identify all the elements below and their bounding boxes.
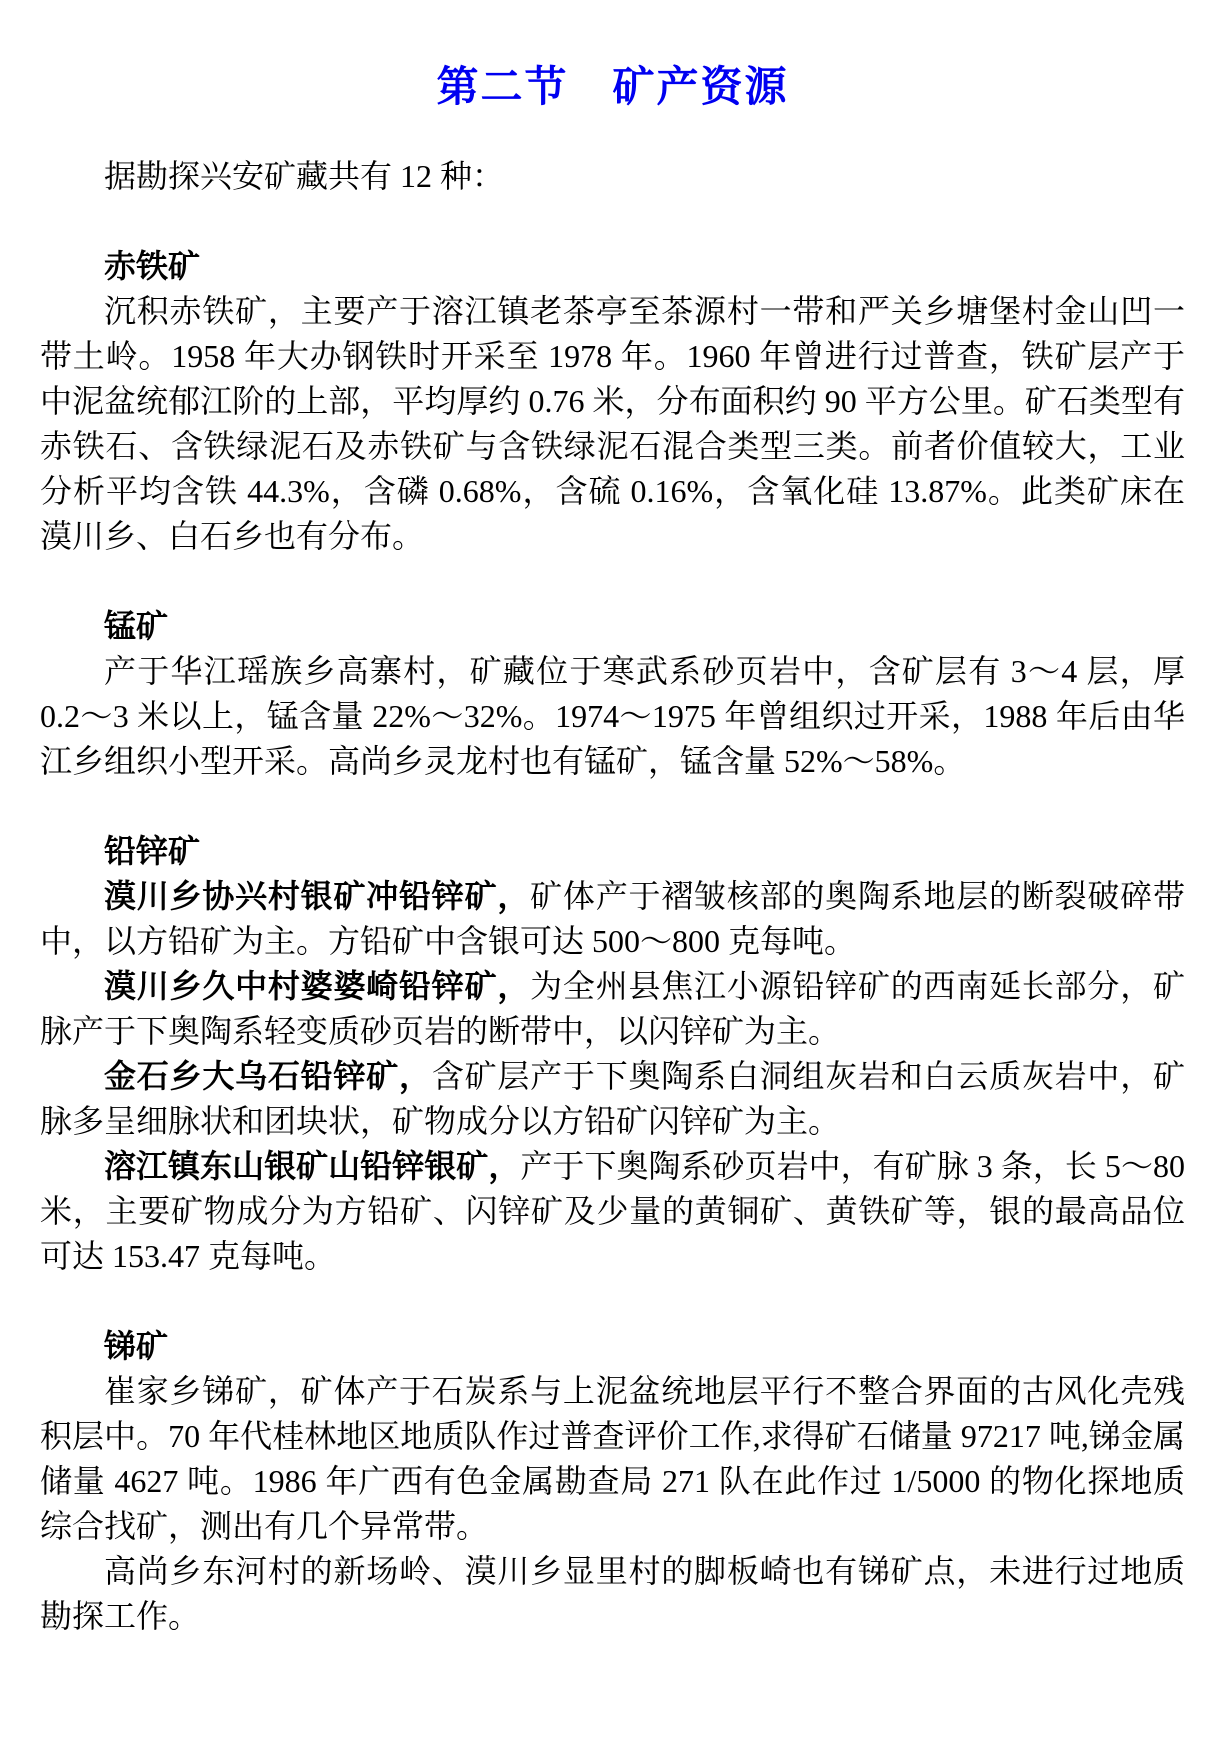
paragraph-text: 产于华江瑶族乡高寨村，矿藏位于寒武系砂页岩中，含矿层有 3～4 层，厚 0.2～… (40, 653, 1185, 779)
section-paragraph: 崔家乡锑矿，矿体产于石炭系与上泥盆统地层平行不整合界面的古风化壳残积层中。70 … (40, 1369, 1185, 1549)
section-paragraph: 漠川乡协兴村银矿冲铅锌矿，矿体产于褶皱核部的奥陶系地层的断裂破碎带中，以方铅矿为… (40, 874, 1185, 964)
paragraph-lead: 漠川乡久中村婆婆崎铅锌矿， (104, 968, 530, 1004)
paragraph-text: 崔家乡锑矿，矿体产于石炭系与上泥盆统地层平行不整合界面的古风化壳残积层中。70 … (40, 1373, 1185, 1544)
paragraph-text: 高尚乡东河村的新场岭、漠川乡显里村的脚板崎也有锑矿点，未进行过地质勘探工作。 (40, 1553, 1185, 1634)
section-hematite: 赤铁矿 沉积赤铁矿，主要产于溶江镇老茶亭至茶源村一带和严关乡塘堡村金山凹一带土岭… (40, 244, 1185, 559)
section-heading-lead-zinc: 铅锌矿 (40, 829, 1185, 874)
paragraph-lead: 漠川乡协兴村银矿冲铅锌矿， (104, 878, 530, 914)
paragraph-lead: 溶江镇东山银矿山铅锌银矿， (104, 1148, 520, 1184)
paragraph-text: 沉积赤铁矿，主要产于溶江镇老茶亭至茶源村一带和严关乡塘堡村金山凹一带土岭。195… (40, 293, 1185, 554)
document-page: 第二节 矿产资源 据勘探兴安矿藏共有 12 种： 赤铁矿 沉积赤铁矿，主要产于溶… (0, 0, 1228, 1738)
section-paragraph: 金石乡大乌石铅锌矿，含矿层产于下奥陶系白洞组灰岩和白云质灰岩中，矿脉多呈细脉状和… (40, 1054, 1185, 1144)
intro-paragraph: 据勘探兴安矿藏共有 12 种： (40, 154, 1185, 199)
section-paragraph: 产于华江瑶族乡高寨村，矿藏位于寒武系砂页岩中，含矿层有 3～4 层，厚 0.2～… (40, 649, 1185, 784)
section-paragraph: 高尚乡东河村的新场岭、漠川乡显里村的脚板崎也有锑矿点，未进行过地质勘探工作。 (40, 1549, 1185, 1639)
section-paragraph: 沉积赤铁矿，主要产于溶江镇老茶亭至茶源村一带和严关乡塘堡村金山凹一带土岭。195… (40, 289, 1185, 559)
page-title: 第二节 矿产资源 (40, 58, 1185, 118)
section-paragraph: 漠川乡久中村婆婆崎铅锌矿，为全州县焦江小源铅锌矿的西南延长部分，矿脉产于下奥陶系… (40, 964, 1185, 1054)
section-heading-manganese: 锰矿 (40, 604, 1185, 649)
section-antimony: 锑矿 崔家乡锑矿，矿体产于石炭系与上泥盆统地层平行不整合界面的古风化壳残积层中。… (40, 1324, 1185, 1639)
paragraph-lead: 金石乡大乌石铅锌矿， (104, 1058, 432, 1094)
section-paragraph: 溶江镇东山银矿山铅锌银矿，产于下奥陶系砂页岩中，有矿脉 3 条，长 5～80 米… (40, 1144, 1185, 1279)
section-manganese: 锰矿 产于华江瑶族乡高寨村，矿藏位于寒武系砂页岩中，含矿层有 3～4 层，厚 0… (40, 604, 1185, 784)
section-heading-hematite: 赤铁矿 (40, 244, 1185, 289)
section-lead-zinc: 铅锌矿 漠川乡协兴村银矿冲铅锌矿，矿体产于褶皱核部的奥陶系地层的断裂破碎带中，以… (40, 829, 1185, 1279)
section-heading-antimony: 锑矿 (40, 1324, 1185, 1369)
